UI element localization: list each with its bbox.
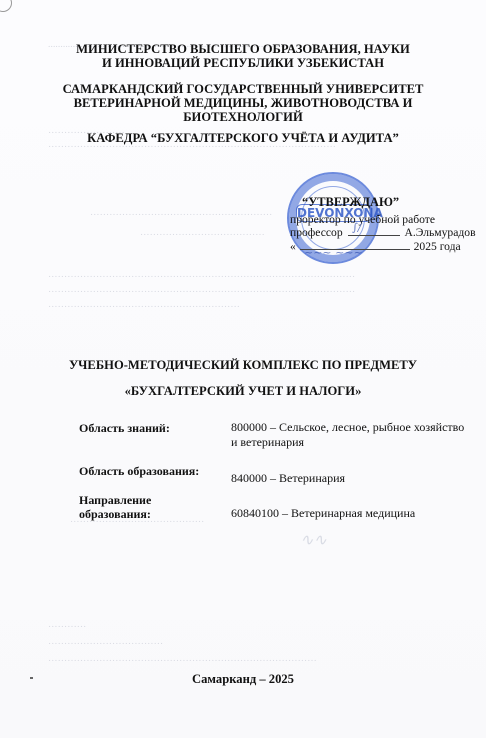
university-line-3: БИОТЕХНОЛОГИЙ [0, 110, 486, 124]
date-open-quote: « [290, 240, 296, 253]
bleed-through-text: …………………………………………………………………………………… [48, 270, 355, 280]
approval-block: “УТВЕРЖДАЮ” проректор по учебной работе … [290, 196, 476, 253]
field-value-direction: 60840100 – Ветеринарная медицина [231, 506, 415, 521]
field-label-direction-1: Направление [79, 493, 151, 508]
approval-title: “УТВЕРЖДАЮ” [302, 196, 476, 210]
footer-place-year: Самарканд – 2025 [0, 672, 486, 687]
handwritten-date: ~~~ ~~~ [304, 246, 363, 259]
ministry-line-2: И ИННОВАЦИЙ РЕСПУБЛИКИ УЗБЕКИСТАН [0, 56, 486, 70]
field-value-knowledge-area-1: 800000 – Сельское, лесное, рыбное хозяйс… [231, 420, 464, 435]
field-label-education-area: Область образования: [79, 464, 199, 479]
document-title-line-2: «БУХГАЛТЕРСКИЙ УЧЕТ И НАЛОГИ» [0, 384, 486, 399]
document-title-line-1: УЧЕБНО-МЕТОДИЧЕСКИЙ КОМПЛЕКС ПО ПРЕДМЕТУ [0, 358, 486, 373]
bleed-through-text: ………………………………………………………………………… [48, 654, 317, 664]
bleed-through-text: …………………………………………………… [48, 300, 240, 310]
faint-signature: ∿∿ [300, 530, 327, 549]
handwritten-signature: ∫∕ [352, 221, 361, 234]
bleed-through-text: ……………………………… [48, 637, 163, 647]
university-line-1: САМАРКАНДСКИЙ ГОСУДАРСТВЕННЫЙ УНИВЕРСИТЕ… [0, 82, 486, 96]
approval-position: проректор по учебной работе [290, 213, 476, 227]
approval-signatory-line: профессор А.Эльмурадов [290, 226, 476, 240]
bleed-through-text: ………………………………… [140, 228, 265, 238]
university-line-2: ВЕТЕРИНАРНОЙ МЕДИЦИНЫ, ЖИВОТНОВОДСТВА И [0, 96, 486, 110]
field-value-education-area: 840000 – Ветеринария [231, 471, 345, 486]
signature-line [348, 235, 400, 236]
department-title: КАФЕДРА “БУХГАЛТЕРСКОГО УЧЁТА И АУДИТА” [0, 131, 486, 145]
bleed-through-text: ………… [48, 620, 86, 630]
document-page: ........................................… [0, 0, 486, 738]
approval-year: 2025 года [414, 240, 461, 253]
field-label-direction-2: образования: [79, 507, 151, 522]
field-label-knowledge-area: Область знаний: [79, 421, 170, 436]
page-corner-mark [0, 0, 12, 12]
ministry-line-1: МИНИСТЕРСТВО ВЫСШЕГО ОБРАЗОВАНИЯ, НАУКИ [0, 42, 486, 56]
bleed-through-text: ………………………………………………… [90, 208, 272, 218]
field-value-knowledge-area-2: и ветеринария [231, 435, 304, 450]
bleed-through-text: …………………………………………………………………………………… [48, 285, 355, 295]
approval-rank: профессор [290, 226, 343, 239]
approval-name: А.Эльмурадов [404, 226, 475, 239]
